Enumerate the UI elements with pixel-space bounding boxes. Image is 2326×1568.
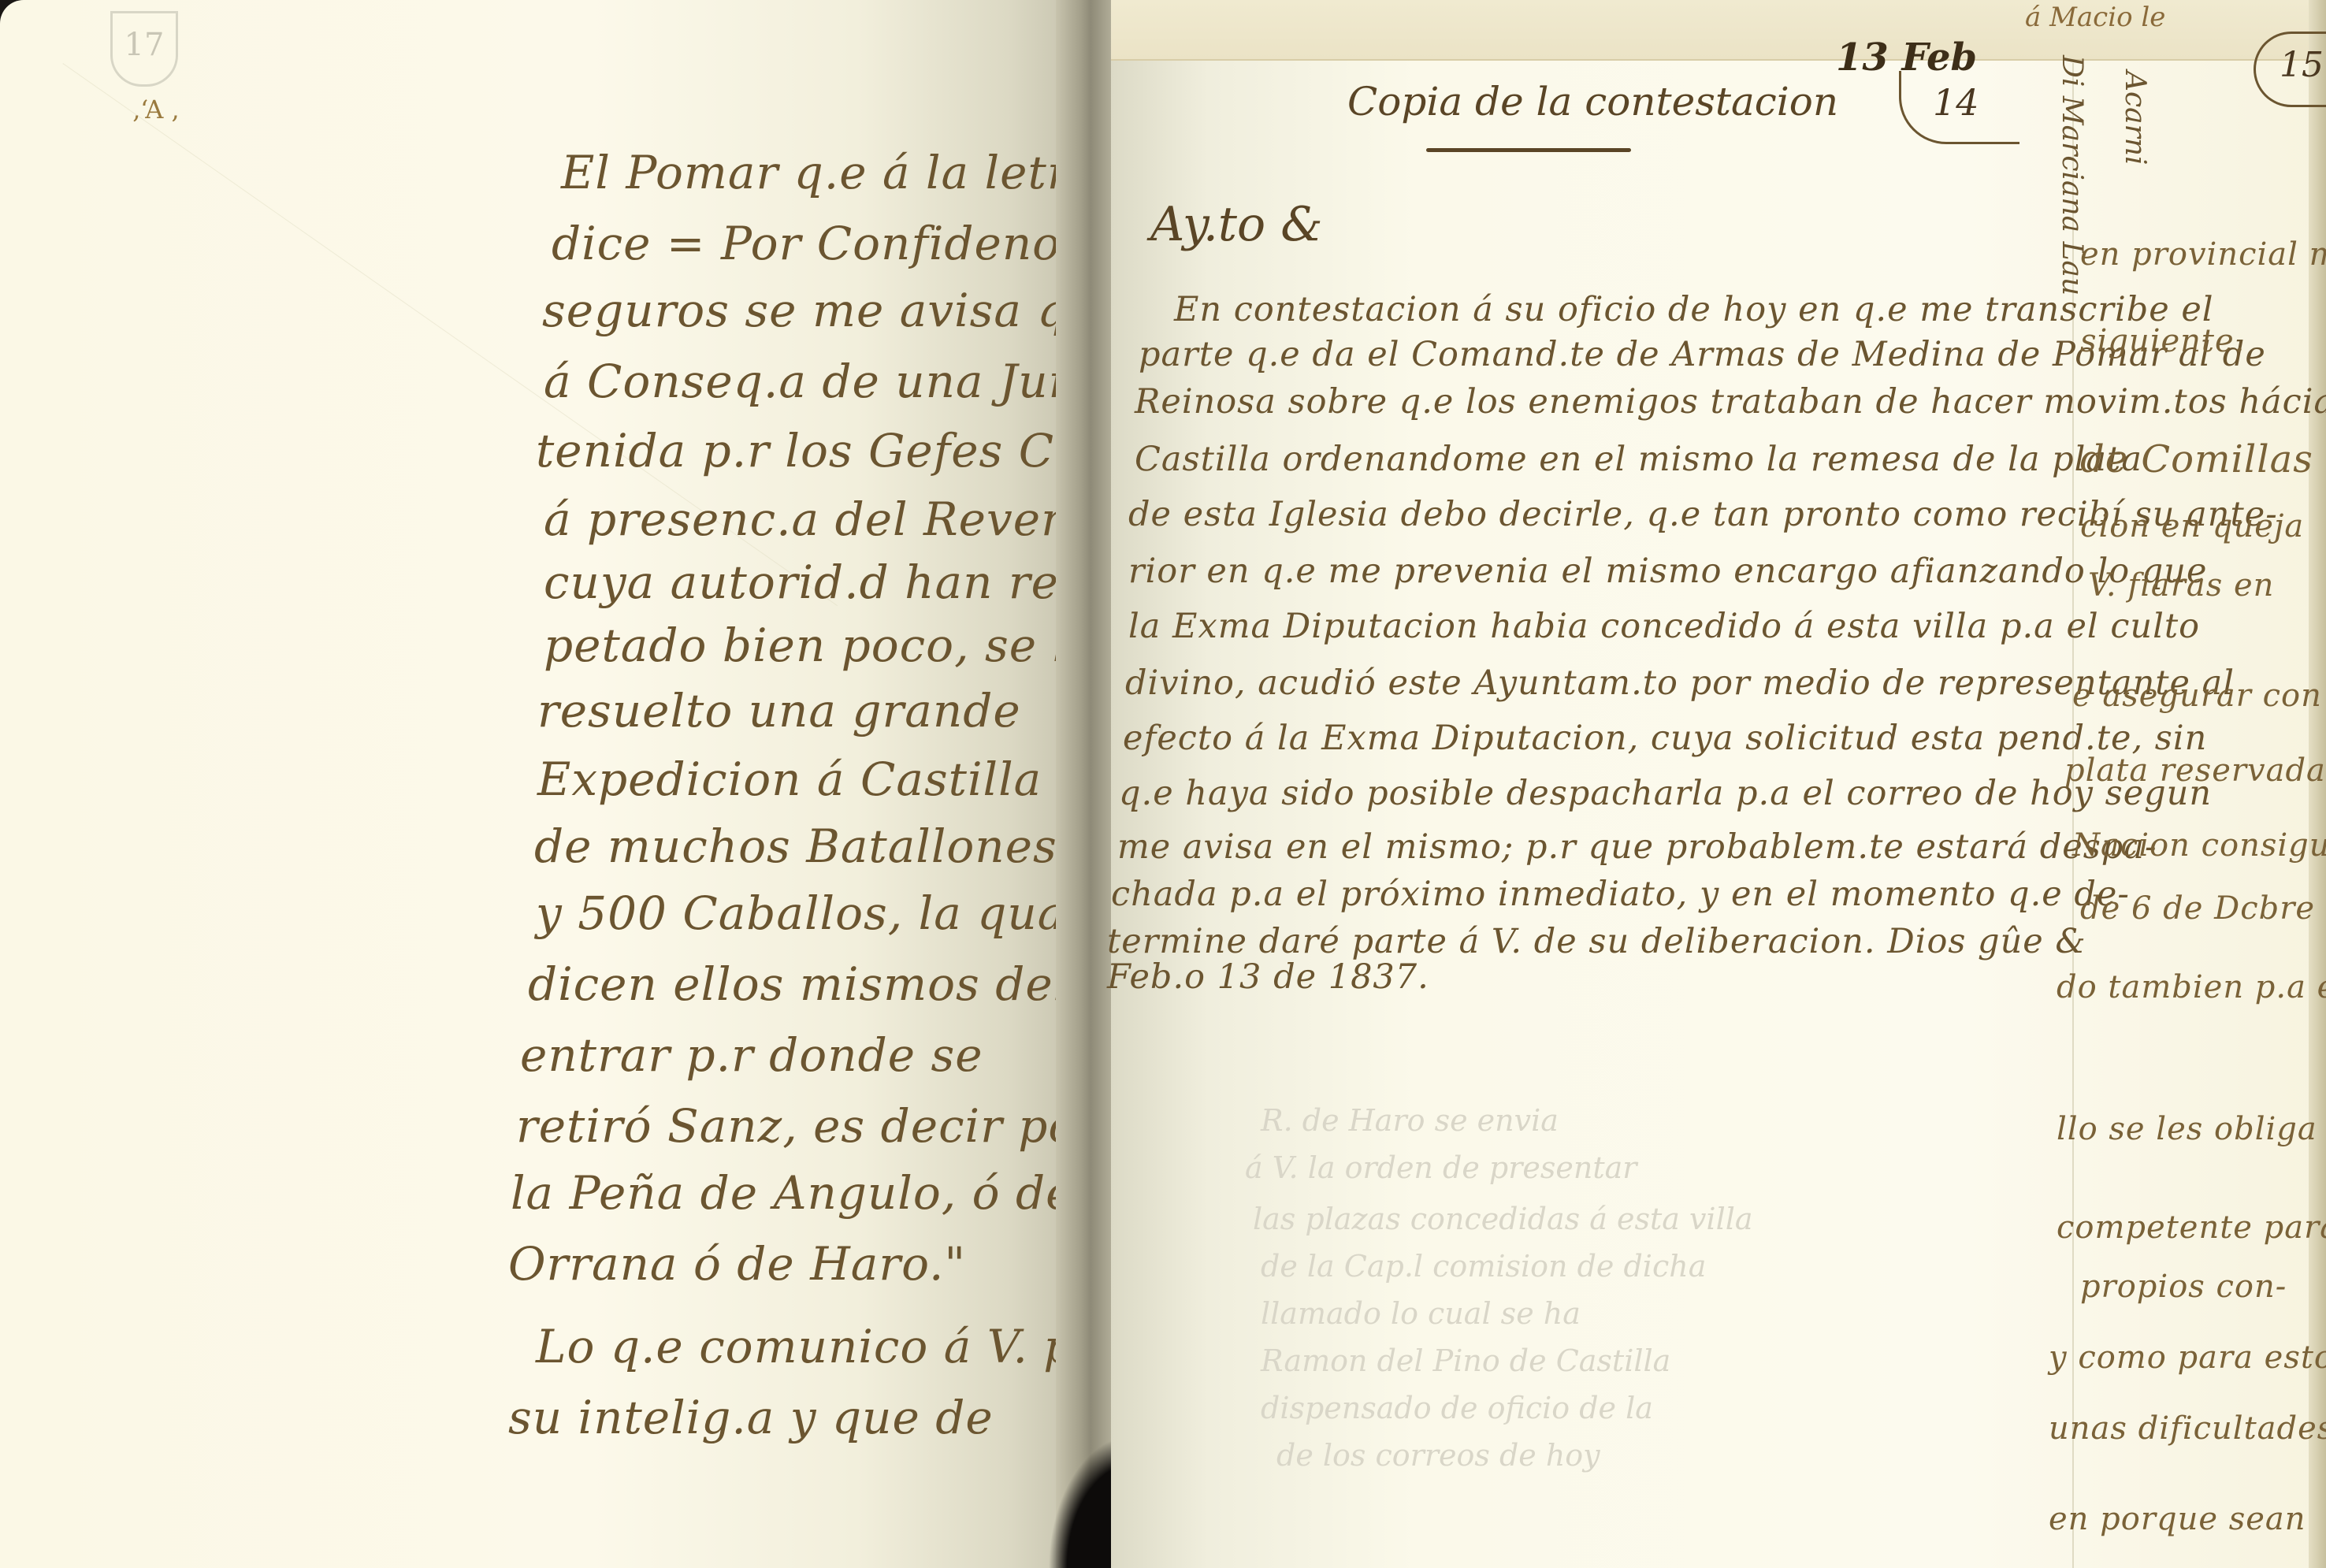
faded-line: á V. la orden de presentar	[1245, 1150, 1637, 1185]
text-line: competente para	[2057, 1209, 2326, 1246]
text-line: termine daré parte á V. de su deliberaci…	[1107, 922, 2086, 961]
text-line: do tambien p.a en	[2057, 969, 2326, 1005]
vertical-note: Acarni	[2119, 71, 2151, 165]
title-underline	[1426, 148, 1631, 152]
faded-line: Ramon del Pino de Castilla	[1261, 1343, 1670, 1378]
text-line: entrar p.r donde se	[520, 1028, 983, 1082]
manuscript-spread: 17 ‚‘A , El Pomar q.e á la letra dice = …	[0, 0, 2326, 1568]
salutation: Ay.to &	[1150, 197, 1323, 252]
text-line: q.e haya sido posible despacharla p.a el…	[1119, 774, 2212, 813]
text-line: e asegurar con	[2072, 678, 2322, 714]
text-line: Orrana ó de Haro."	[508, 1237, 966, 1291]
folio-number: 14	[1899, 71, 2019, 144]
text-line: rior en q.e me prevenia el mismo encargo…	[1128, 552, 2207, 591]
text-line: V. fiaras en	[2088, 567, 2274, 604]
text-line: Feb.o 13 de 1837.	[1107, 957, 1429, 997]
text-line: plata reservada	[2064, 752, 2326, 789]
text-line: cion en queja	[2080, 508, 2304, 544]
faded-line: de la Cap.l comision de dicha	[1261, 1249, 1706, 1284]
faded-line: las plazas concedidas á esta villa	[1253, 1202, 1753, 1236]
faint-folio-number: 17	[110, 11, 178, 87]
text-line: unas dificultades,	[2049, 1410, 2326, 1447]
text-line: cuya autorid.d han res-	[544, 555, 1099, 609]
text-line: llo se les obliga	[2057, 1111, 2317, 1147]
text-line: El Pomar q.e á la letra	[561, 146, 1098, 199]
text-line: dicen ellos mismos debe	[528, 957, 1111, 1011]
text-line: En contestacion á su oficio de hoy en q.…	[1174, 290, 2214, 329]
overlapping-sheet-edge: á Macio le	[1111, 0, 2326, 61]
faded-line: dispensado de oficio de la	[1261, 1391, 1653, 1425]
faded-line: llamado lo cual se ha	[1261, 1296, 1581, 1331]
text-line: la Exma Diputacion habia concedido á est…	[1128, 607, 2200, 646]
text-line: Reinosa sobre q.e los enemigos trataban …	[1135, 382, 2326, 422]
top-strip-text: á Macio le	[2025, 2, 2165, 33]
text-line: efecto á la Exma Diputacion, cuya solici…	[1123, 719, 2207, 758]
faded-line: R. de Haro se envia	[1261, 1103, 1559, 1138]
text-line: y como para esto	[2049, 1339, 2326, 1376]
text-line: siguiente.	[2080, 323, 2245, 359]
text-line: Expedicion á Castilla	[537, 752, 1042, 806]
text-line: en provincial me	[2080, 236, 2326, 273]
text-line: Nacion consigui-	[2072, 827, 2326, 864]
text-line: á Conseq.a de una Junta	[544, 355, 1126, 408]
text-line: y 500 Caballos, la qual	[536, 886, 1081, 940]
text-line: Castilla ordenandome en el mismo la reme…	[1135, 440, 2142, 479]
page-title: Copia de la contestacion	[1347, 79, 1838, 124]
insert-folio-number: 15	[2254, 32, 2326, 107]
text-line: chada p.a el próximo inmediato, y en el …	[1111, 875, 2130, 914]
text-line: dice = Por Confidenos	[552, 217, 1085, 270]
text-line: de 6 de Dcbre	[2080, 890, 2315, 927]
text-line: de Comillas ha	[2080, 437, 2326, 481]
text-line: divino, acudió este Ayuntam.to por medio…	[1125, 663, 2235, 703]
text-line: seguros se me avisa que	[542, 284, 1125, 337]
text-line: retiró Sanz, es decir por	[516, 1099, 1099, 1153]
text-line: resuelto una grande	[537, 684, 1021, 738]
text-line: petado bien poco, se ha	[544, 619, 1110, 672]
ink-mark: ‚‘A ,	[132, 95, 180, 124]
text-line: propios con-	[2080, 1269, 2287, 1305]
text-line: Lo q.e comunico á V. p.a	[536, 1320, 1117, 1373]
text-line: me avisa en el mismo; p.r que probablem.…	[1117, 827, 2157, 867]
text-line: de muchos Batallones	[534, 819, 1057, 873]
text-line: su intelig.a y que de	[508, 1391, 994, 1444]
text-line: la Peña de Angulo, ó de	[511, 1166, 1073, 1220]
book-gutter	[1056, 0, 1119, 1568]
faded-line: de los correos de hoy	[1276, 1438, 1600, 1473]
text-line: en porque sean	[2049, 1501, 2306, 1537]
